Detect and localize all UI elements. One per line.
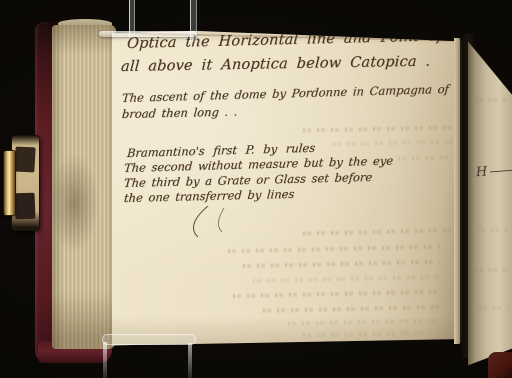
show-through-line	[250, 275, 440, 283]
manuscript-line: The ascent of the dome by Pordonne in Ca…	[121, 80, 509, 105]
clasp-brass-bar	[4, 151, 15, 215]
show-through-line	[260, 305, 440, 313]
retaining-strip-bottom-right	[188, 343, 192, 378]
photo-stage: Optica the Horizontal line and Point of …	[0, 0, 512, 378]
retaining-strip-top-bridge	[99, 31, 197, 37]
right-page: H ——	[468, 38, 512, 372]
show-through-line	[472, 268, 508, 273]
show-through-line	[474, 228, 508, 233]
show-through-line	[330, 140, 455, 147]
show-through-line	[476, 306, 508, 311]
manuscript-line: all above it Anoptica below Catopica .	[120, 54, 430, 75]
book-clasp	[2, 136, 42, 230]
show-through-line	[230, 290, 440, 298]
show-through-line	[285, 318, 440, 325]
show-through-line	[472, 98, 508, 103]
left-page: Optica the Horizontal line and Point of …	[112, 28, 462, 348]
show-through-line	[395, 155, 455, 160]
show-through-line	[300, 331, 430, 338]
book-cover-corner-bottom-right	[488, 352, 512, 378]
show-through-line	[300, 125, 455, 132]
show-through-line	[300, 228, 450, 235]
page-fore-edges	[52, 25, 116, 349]
retaining-strip-bottom-bridge	[102, 334, 196, 345]
pen-flourish	[182, 206, 228, 240]
retaining-strip-bottom-left	[103, 342, 107, 378]
clasp-patch-top	[14, 146, 35, 172]
show-through-line	[225, 245, 440, 254]
facing-page-annotation: H ——	[476, 163, 512, 181]
manuscript-line: the one transferred by lines	[123, 187, 295, 205]
show-through-line	[240, 260, 440, 268]
clasp-patch-bottom	[15, 193, 36, 220]
manuscript-line: broad then long . .	[121, 105, 238, 121]
